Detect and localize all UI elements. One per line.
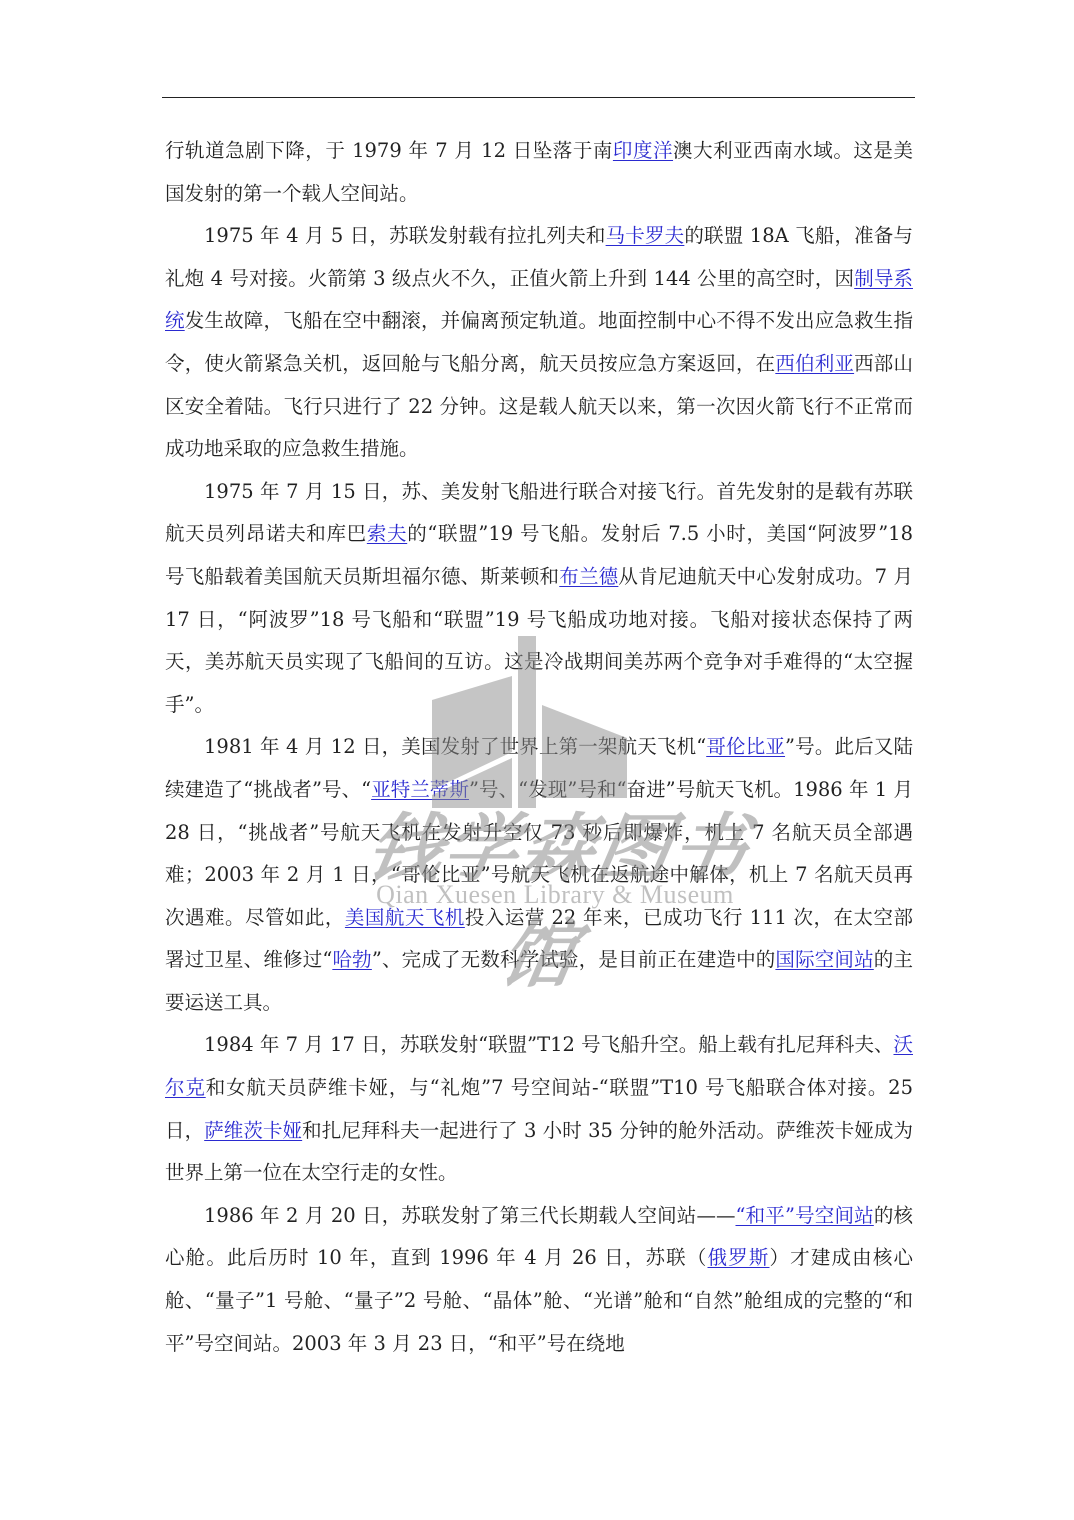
hyperlink[interactable]: 美国航天飞机 xyxy=(345,906,465,929)
paragraph-text: ”、完成了无数科学试验，是目前正在建造中的 xyxy=(372,948,776,971)
paragraph: 1986 年 2 月 20 日，苏联发射了第三代长期载人空间站——“和平”号空间… xyxy=(165,1195,913,1365)
paragraph-text: 1975 年 4 月 5 日，苏联发射载有拉扎列夫和 xyxy=(204,224,606,247)
paragraph-text: 行轨道急剧下降，于 1979 年 7 月 12 日坠落于南 xyxy=(165,139,613,162)
paragraph-text: 1986 年 2 月 20 日，苏联发射了第三代长期载人空间站—— xyxy=(204,1204,735,1227)
header-rule xyxy=(162,97,915,98)
hyperlink[interactable]: 亚特兰蒂斯 xyxy=(371,778,469,801)
paragraph-text: 1984 年 7 月 17 日，苏联发射“联盟”T12 号飞船升空。船上载有扎尼… xyxy=(204,1033,893,1056)
hyperlink[interactable]: 萨维茨卡娅 xyxy=(204,1119,302,1142)
hyperlink[interactable]: 布兰德 xyxy=(559,565,618,588)
paragraph-text: 1981 年 4 月 12 日，美国发射了世界上第一架航天飞机“ xyxy=(204,735,706,758)
hyperlink[interactable]: 俄罗斯 xyxy=(708,1246,770,1269)
paragraph: 1975 年 7 月 15 日，苏、美发射飞船进行联合对接飞行。首先发射的是载有… xyxy=(165,471,913,727)
paragraph: 行轨道急剧下降，于 1979 年 7 月 12 日坠落于南印度洋澳大利亚西南水域… xyxy=(165,130,913,215)
hyperlink[interactable]: 印度洋 xyxy=(613,139,673,162)
hyperlink[interactable]: 哥伦比亚 xyxy=(706,735,785,758)
hyperlink[interactable]: 索夫 xyxy=(367,522,407,545)
hyperlink[interactable]: 西伯利亚 xyxy=(775,352,854,375)
hyperlink[interactable]: “和平”号空间站 xyxy=(735,1204,873,1227)
hyperlink[interactable]: 马卡罗夫 xyxy=(606,224,685,247)
document-body: 行轨道急剧下降，于 1979 年 7 月 12 日坠落于南印度洋澳大利亚西南水域… xyxy=(165,130,913,1365)
document-page: 行轨道急剧下降，于 1979 年 7 月 12 日坠落于南印度洋澳大利亚西南水域… xyxy=(0,0,1074,1520)
hyperlink[interactable]: 国际空间站 xyxy=(775,948,873,971)
paragraph: 1984 年 7 月 17 日，苏联发射“联盟”T12 号飞船升空。船上载有扎尼… xyxy=(165,1024,913,1194)
paragraph: 1975 年 4 月 5 日，苏联发射载有拉扎列夫和马卡罗夫的联盟 18A 飞船… xyxy=(165,215,913,471)
hyperlink[interactable]: 哈勃 xyxy=(332,948,372,971)
paragraph: 1981 年 4 月 12 日，美国发射了世界上第一架航天飞机“哥伦比亚”号。此… xyxy=(165,726,913,1024)
